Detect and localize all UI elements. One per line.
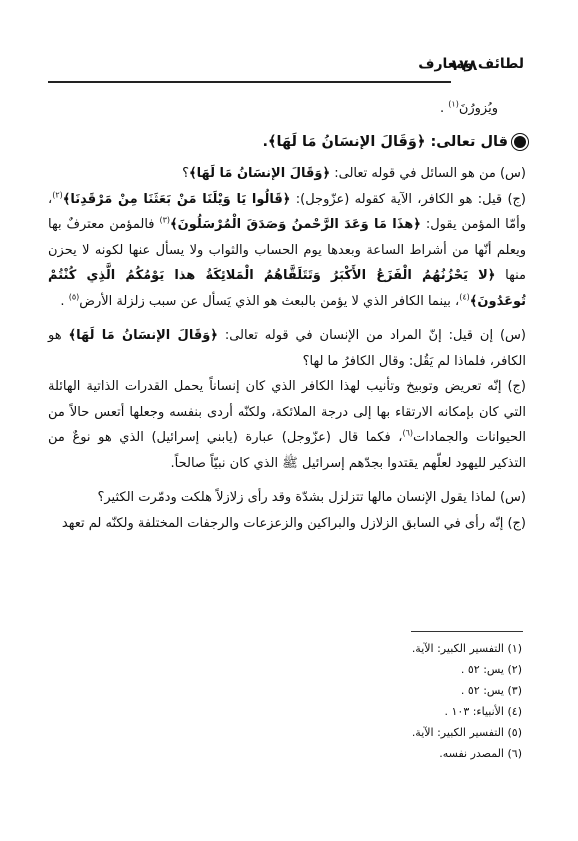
paragraph-continuation: ويُزورُنَ(١) .: [48, 96, 526, 122]
footnote-6: (٦) المصدر نفسه.: [412, 743, 522, 764]
section-heading: قال تعالى: ﴿وَقَالَ الإنسَانُ مَا لَهَا﴾…: [48, 130, 526, 156]
header-divider: [48, 81, 451, 83]
quran-verse: ﴿وَقَالَ الإنسَانُ مَا لَهَا﴾: [189, 166, 330, 181]
heading-label: قال تعالى:: [425, 134, 508, 150]
footnotes: (١) التفسير الكبير: الآية. (٢) يس: ٥٢ . …: [412, 638, 522, 764]
text-span: .: [60, 294, 68, 309]
footnote-5: (٥) التفسير الكبير: الآية.: [412, 722, 522, 743]
answer-2: (ج) إنّه تعريض وتوبيخ وتأنيب لهذا الكافر…: [48, 374, 526, 476]
footnote-2: (٢) يس: ٥٢ .: [412, 659, 522, 680]
page-number: ١٧٨: [450, 56, 477, 74]
question-2: (س) إن قيل: إنّ المراد من الإنسان في قول…: [48, 323, 526, 374]
footnote-1: (١) التفسير الكبير: الآية.: [412, 638, 522, 659]
question-1: (س) من هو السائل في قوله تعالى: ﴿وَقَالَ…: [48, 161, 526, 187]
rosette-icon: [514, 136, 526, 148]
footnote-divider: [411, 631, 523, 632]
footnote-ref: (٦): [402, 429, 413, 438]
text-span: ويُزورُنَ: [459, 101, 498, 116]
text-span: (س) من هو السائل في قوله تعالى:: [330, 166, 526, 181]
quran-verse: ﴿قَالُوا يَا وَيْلَنَا مَنْ بَعَثَنَا مِ…: [63, 192, 291, 207]
footnote-3: (٣) يس: ٥٢ .: [412, 680, 522, 701]
document-page: لطائف ومعارف ١٧٨ ويُزورُنَ(١) . قال تعال…: [0, 0, 578, 841]
footnote-ref: (٥): [69, 292, 80, 301]
quran-verse: ﴿وَقَالَ الإنسَانُ مَا لَهَا﴾: [69, 328, 218, 343]
text-span: (ج) قيل: هو الكافر، الآية كقوله (عزّوجل)…: [290, 192, 526, 207]
footnote-ref: (٤): [459, 292, 470, 301]
answer-3: (ج) إنّه رأى في السابق الزلازل والبراكين…: [48, 511, 526, 537]
answer-1: (ج) قيل: هو الكافر، الآية كقوله (عزّوجل)…: [48, 187, 526, 315]
text-span: ، بينما الكافر الذي لا يؤمن بالبعث هو ال…: [79, 294, 459, 309]
text-span: ؟: [182, 166, 189, 181]
question-3: (س) لماذا يقول الإنسان مالها تتزلزل بشدّ…: [48, 485, 526, 511]
body-text: ويُزورُنَ(١) . قال تعالى: ﴿وَقَالَ الإنس…: [48, 96, 526, 536]
footnote-ref: (١): [448, 100, 459, 109]
footnote-4: (٤) الأنبياء: ١٠٣ .: [412, 701, 522, 722]
footnote-ref: (٢): [52, 190, 63, 199]
running-header: لطائف ومعارف ١٧٨: [48, 56, 452, 78]
footnote-ref: (٣): [160, 216, 171, 225]
quran-verse: ﴿وَقَالَ الإنسَانُ مَا لَهَا﴾: [268, 134, 425, 150]
quran-verse: ﴿هذَا مَا وَعَدَ الرَّحْمنُ وَصَدَقَ الْ…: [170, 217, 421, 232]
text-span: (س) إن قيل: إنّ المراد من الإنسان في قول…: [218, 328, 526, 343]
